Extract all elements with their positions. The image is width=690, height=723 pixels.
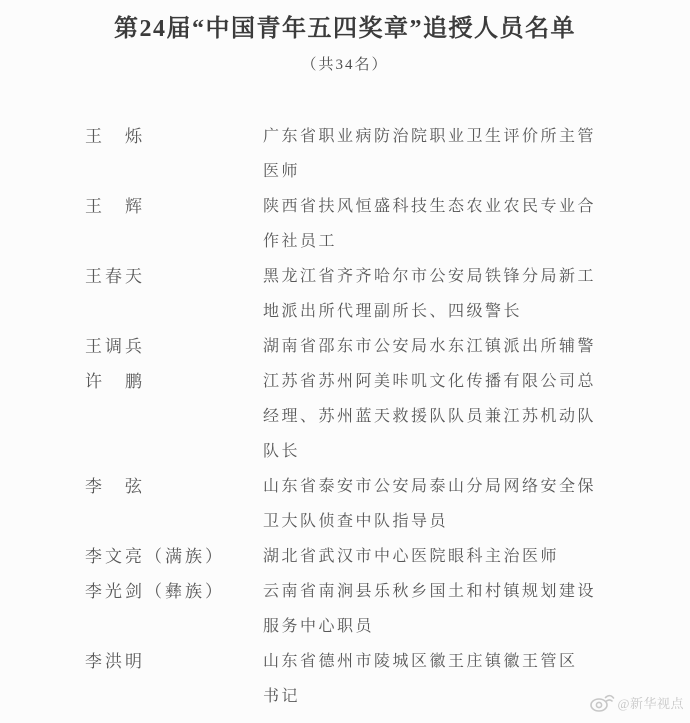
description-line: 江苏省苏州阿美咔叽文化传播有限公司总 — [263, 364, 603, 399]
list-item: 李光剑（彝族） 云南省南涧县乐秋乡国土和村镇规划建设服务中心职员 — [85, 574, 645, 644]
description-line: 湖北省武汉市中心医院眼科主治医师 — [263, 539, 603, 574]
description-line: 山东省德州市陵城区徽王庄镇徽王管区 — [263, 644, 603, 679]
description-line: 经理、苏州蓝天救援队队员兼江苏机动队 — [263, 399, 603, 434]
list-item: 王 辉 陕西省扶风恒盛科技生态农业农民专业合作社员工 — [85, 189, 645, 259]
awardee-name: 李光剑（彝族） — [85, 574, 263, 609]
awardee-description: 山东省德州市陵城区徽王庄镇徽王管区书记 — [263, 644, 603, 714]
awardee-name: 王 辉 — [85, 189, 263, 224]
description-line: 陕西省扶风恒盛科技生态农业农民专业合 — [263, 189, 603, 224]
page-title: 第24届“中国青年五四奖章”追授人员名单 — [0, 13, 690, 45]
awardee-description: 广东省职业病防治院职业卫生评价所主管医师 — [263, 119, 603, 189]
awardee-description: 山东省泰安市公安局泰山分局网络安全保卫大队侦查中队指导员 — [263, 469, 603, 539]
awardee-name: 许 鹏 — [85, 364, 263, 399]
description-line: 卫大队侦查中队指导员 — [263, 504, 603, 539]
description-line: 广东省职业病防治院职业卫生评价所主管 — [263, 119, 603, 154]
description-line: 湖南省邵东市公安局水东江镇派出所辅警 — [263, 329, 603, 364]
list-item: 王调兵 湖南省邵东市公安局水东江镇派出所辅警 — [85, 329, 645, 364]
description-line: 书记 — [263, 679, 603, 714]
awardee-description: 云南省南涧县乐秋乡国土和村镇规划建设服务中心职员 — [263, 574, 603, 644]
page-subtitle: （共34名） — [0, 54, 690, 76]
awardee-name: 王春天 — [85, 259, 263, 294]
list-item: 许 鹏 江苏省苏州阿美咔叽文化传播有限公司总经理、苏州蓝天救援队队员兼江苏机动队… — [85, 364, 645, 469]
list-item: 王 烁 广东省职业病防治院职业卫生评价所主管医师 — [85, 119, 645, 189]
awardee-name: 王调兵 — [85, 329, 263, 364]
list-item: 李 弦 山东省泰安市公安局泰山分局网络安全保卫大队侦查中队指导员 — [85, 469, 645, 539]
awardee-name: 李洪明 — [85, 644, 263, 679]
description-line: 作社员工 — [263, 224, 603, 259]
watermark: @新华视点 — [589, 691, 684, 713]
weibo-icon — [589, 691, 615, 713]
description-line: 黑龙江省齐齐哈尔市公安局铁锋分局新工 — [263, 259, 603, 294]
awardee-description: 黑龙江省齐齐哈尔市公安局铁锋分局新工地派出所代理副所长、四级警长 — [263, 259, 603, 329]
watermark-text: @新华视点 — [618, 693, 684, 712]
description-line: 队长 — [263, 434, 603, 469]
awardee-name: 王 烁 — [85, 119, 263, 154]
awardee-description: 陕西省扶风恒盛科技生态农业农民专业合作社员工 — [263, 189, 603, 259]
awardee-list: 王 烁 广东省职业病防治院职业卫生评价所主管医师 王 辉 陕西省扶风恒盛科技生态… — [85, 119, 645, 714]
list-item: 王春天 黑龙江省齐齐哈尔市公安局铁锋分局新工地派出所代理副所长、四级警长 — [85, 259, 645, 329]
description-line: 山东省泰安市公安局泰山分局网络安全保 — [263, 469, 603, 504]
document-page: 第24届“中国青年五四奖章”追授人员名单 （共34名） 王 烁 广东省职业病防治… — [0, 0, 690, 723]
awardee-description: 湖南省邵东市公安局水东江镇派出所辅警 — [263, 329, 603, 364]
description-line: 云南省南涧县乐秋乡国土和村镇规划建设 — [263, 574, 603, 609]
description-line: 地派出所代理副所长、四级警长 — [263, 294, 603, 329]
awardee-description: 江苏省苏州阿美咔叽文化传播有限公司总经理、苏州蓝天救援队队员兼江苏机动队队长 — [263, 364, 603, 469]
list-item: 李文亮（满族） 湖北省武汉市中心医院眼科主治医师 — [85, 539, 645, 574]
awardee-description: 湖北省武汉市中心医院眼科主治医师 — [263, 539, 603, 574]
awardee-name: 李文亮（满族） — [85, 539, 263, 574]
description-line: 服务中心职员 — [263, 609, 603, 644]
list-item: 李洪明 山东省德州市陵城区徽王庄镇徽王管区书记 — [85, 644, 645, 714]
description-line: 医师 — [263, 154, 603, 189]
awardee-name: 李 弦 — [85, 469, 263, 504]
